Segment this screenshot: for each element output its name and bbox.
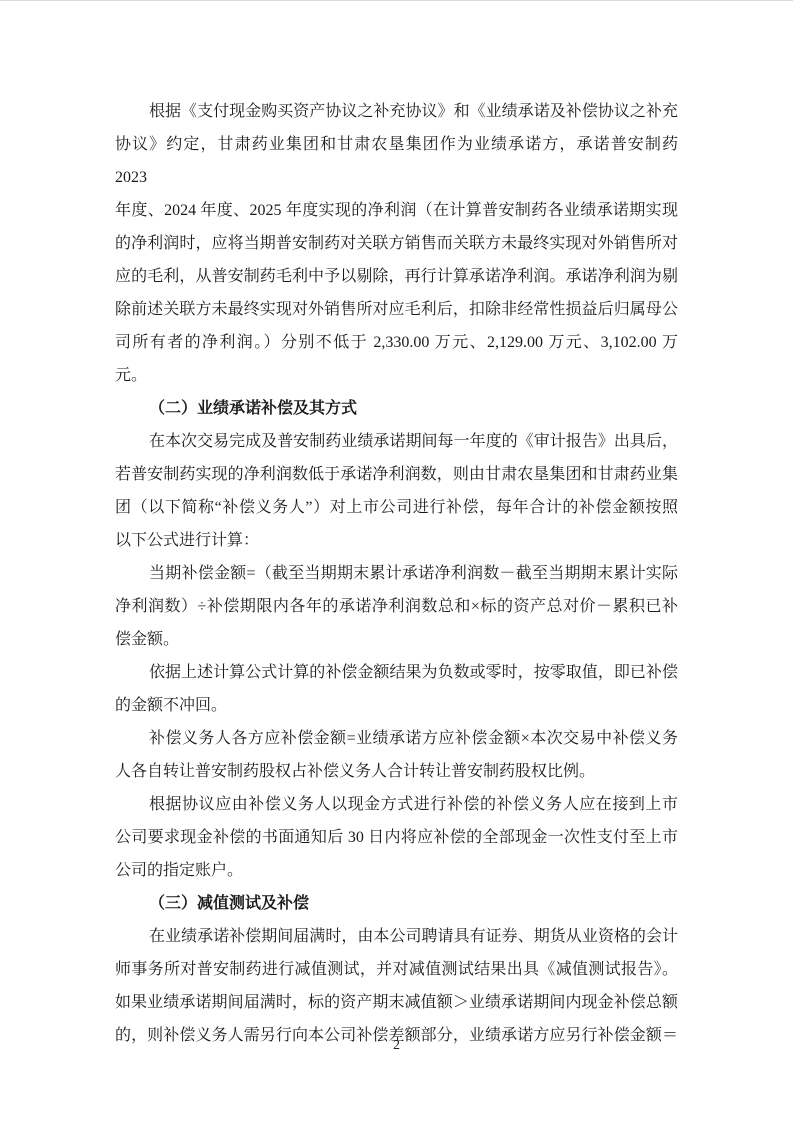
text-line: 的金额不冲回。 <box>115 689 678 722</box>
document-content: 根据《支付现金购买资产协议之补充协议》和《业绩承诺及补偿协议之补充 协议》约定，… <box>0 1 793 1052</box>
heading-line: （二）业绩承诺补偿及其方式 <box>115 392 678 425</box>
text-line: 偿金额。 <box>115 623 678 656</box>
text-line: 元。 <box>115 359 678 392</box>
paragraph: 根据协议应由补偿义务人以现金方式进行补偿的补偿义务人应在接到上市 公司要求现金补… <box>115 788 678 887</box>
text-line: 当期补偿金额=（截至当期期末累计承诺净利润数－截至当期期末累计实际 <box>115 557 678 590</box>
text-line: 团（以下简称“补偿义务人”）对上市公司进行补偿，每年合计的补偿金额按照 <box>115 491 678 524</box>
paragraph: 补偿义务人各方应补偿金额=业绩承诺方应补偿金额×本次交易中补偿义务 人各自转让普… <box>115 722 678 788</box>
heading-line: （三）减值测试及补偿 <box>115 887 678 920</box>
text-line: 公司要求现金补偿的书面通知后 30 日内将应补偿的全部现金一次性支付至上市 <box>115 821 678 854</box>
paragraph: 根据《支付现金购买资产协议之补充协议》和《业绩承诺及补偿协议之补充 协议》约定，… <box>115 95 678 392</box>
paragraph: 在业绩承诺补偿期间届满时，由本公司聘请具有证券、期货从业资格的会计 师事务所对普… <box>115 920 678 1052</box>
page-number: 2 <box>0 1038 793 1054</box>
text-line: 在业绩承诺补偿期间届满时，由本公司聘请具有证券、期货从业资格的会计 <box>115 920 678 953</box>
text-line: 以下公式进行计算： <box>115 524 678 557</box>
section-heading-2: （二）业绩承诺补偿及其方式 <box>115 392 678 425</box>
paragraph: 在本次交易完成及普安制药业绩承诺期间每一年度的《审计报告》出具后， 若普安制药实… <box>115 425 678 557</box>
text-line: 根据《支付现金购买资产协议之补充协议》和《业绩承诺及补偿协议之补充 <box>115 95 678 128</box>
text-line: 公司的指定账户。 <box>115 854 678 887</box>
text-line: 补偿义务人各方应补偿金额=业绩承诺方应补偿金额×本次交易中补偿义务 <box>115 722 678 755</box>
text-line: 净利润数）÷补偿期限内各年的承诺净利润数总和×标的资产总对价－累积已补 <box>115 590 678 623</box>
text-line: 除前述关联方未最终实现对外销售所对应毛利后，扣除非经常性损益后归属母公 <box>115 293 678 326</box>
paragraph: 依据上述计算公式计算的补偿金额结果为负数或零时，按零取值，即已补偿 的金额不冲回… <box>115 656 678 722</box>
text-line: 司所有者的净利润。）分别不低于 2,330.00 万元、2,129.00 万元、… <box>115 326 678 359</box>
text-line: 人各自转让普安制药股权占补偿义务人合计转让普安制药股权比例。 <box>115 755 678 788</box>
text-line: 年度、2024 年度、2025 年度实现的净利润（在计算普安制药各业绩承诺期实现 <box>115 194 678 227</box>
text-line: 若普安制药实现的净利润数低于承诺净利润数，则由甘肃农垦集团和甘肃药业集 <box>115 458 678 491</box>
text-line: 在本次交易完成及普安制药业绩承诺期间每一年度的《审计报告》出具后， <box>115 425 678 458</box>
text-line: 依据上述计算公式计算的补偿金额结果为负数或零时，按零取值，即已补偿 <box>115 656 678 689</box>
document-page: 根据《支付现金购买资产协议之补充协议》和《业绩承诺及补偿协议之补充 协议》约定，… <box>0 0 793 1122</box>
text-line: 师事务所对普安制药进行减值测试，并对减值测试结果出具《减值测试报告》。 <box>115 953 678 986</box>
text-line: 应的毛利，从普安制药毛利中予以剔除，再行计算承诺净利润。承诺净利润为剔 <box>115 260 678 293</box>
text-line: 根据协议应由补偿义务人以现金方式进行补偿的补偿义务人应在接到上市 <box>115 788 678 821</box>
text-line: 如果业绩承诺期间届满时，标的资产期末减值额＞业绩承诺期间内现金补偿总额 <box>115 986 678 1019</box>
text-line: 的净利润时，应将当期普安制药对关联方销售而关联方未最终实现对外销售所对 <box>115 227 678 260</box>
text-line: 协议》约定，甘肃药业集团和甘肃农垦集团作为业绩承诺方，承诺普安制药 2023 <box>115 128 678 194</box>
section-heading-3: （三）减值测试及补偿 <box>115 887 678 920</box>
paragraph: 当期补偿金额=（截至当期期末累计承诺净利润数－截至当期期末累计实际 净利润数）÷… <box>115 557 678 656</box>
